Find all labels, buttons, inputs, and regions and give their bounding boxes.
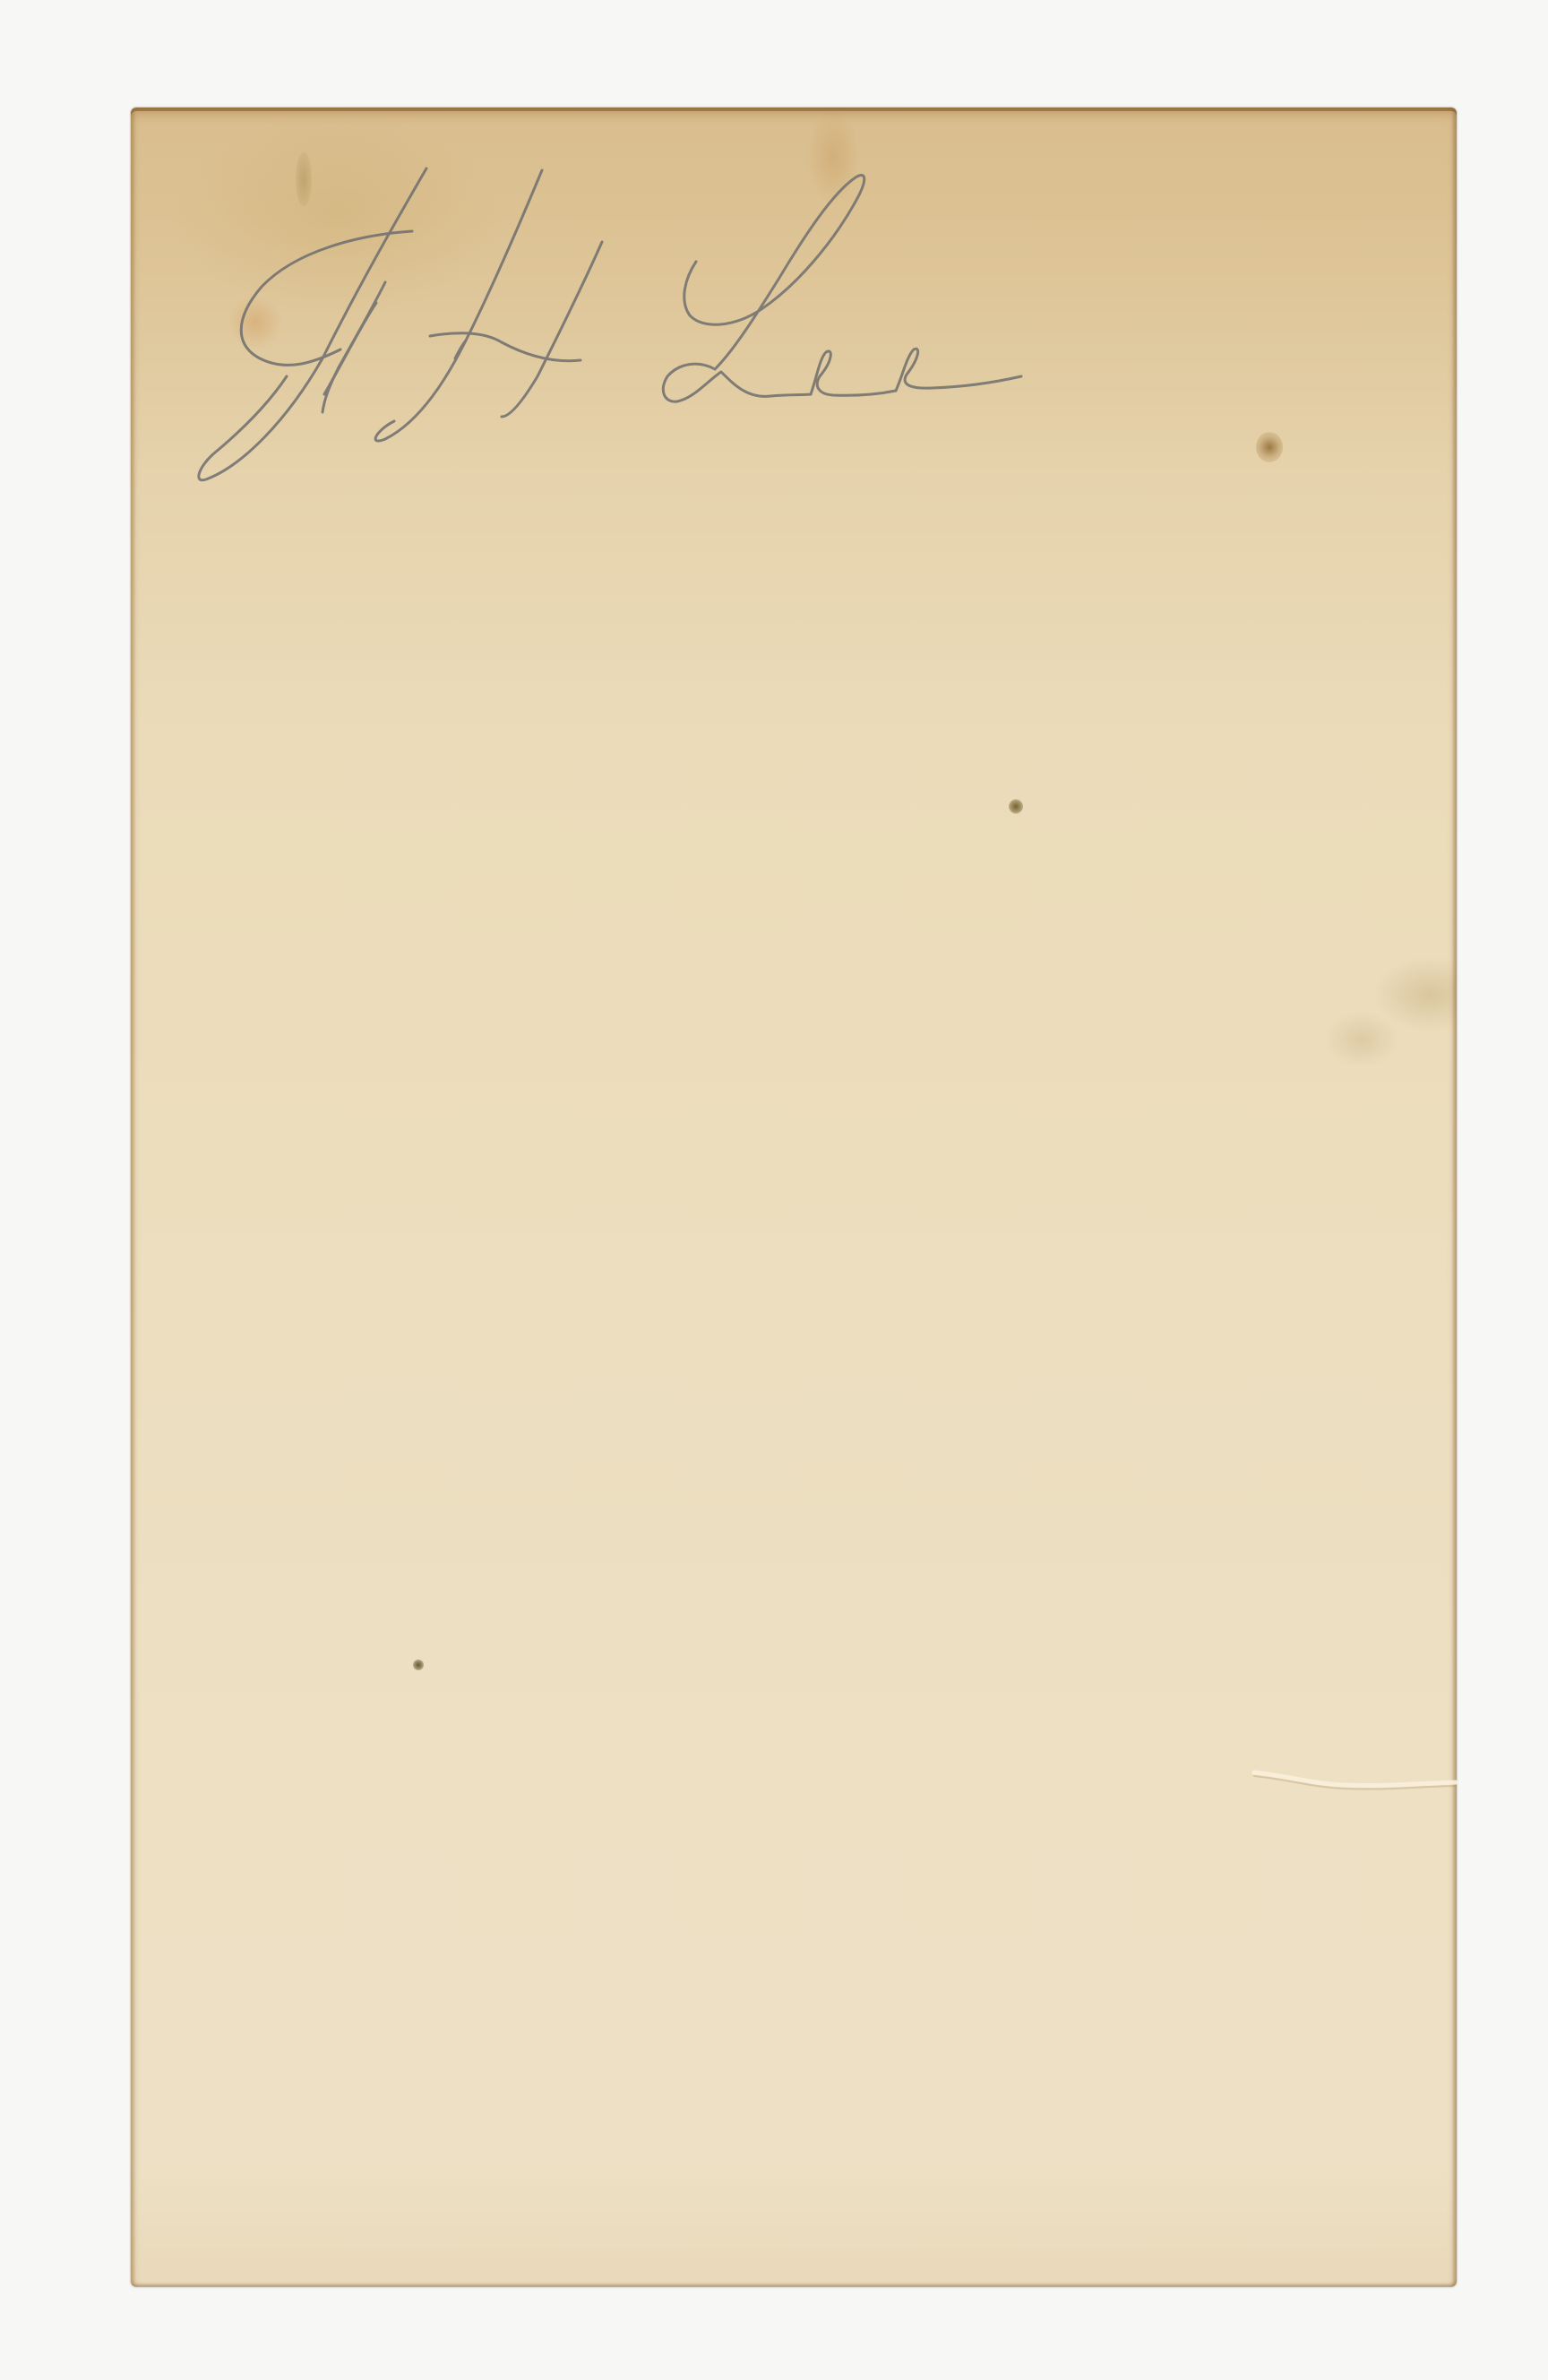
card-back xyxy=(131,108,1457,2287)
signature-text: W H Lee xyxy=(0,0,1,1)
scan-background: W H Lee xyxy=(0,0,1548,2380)
stain-spot xyxy=(413,1660,424,1670)
stain-spot xyxy=(1009,799,1023,814)
stain-spot xyxy=(296,152,312,206)
stain-spot xyxy=(806,108,860,206)
stain-spot xyxy=(228,296,282,349)
crease-mark xyxy=(1236,1756,1460,1801)
stain-spot xyxy=(1256,432,1283,462)
